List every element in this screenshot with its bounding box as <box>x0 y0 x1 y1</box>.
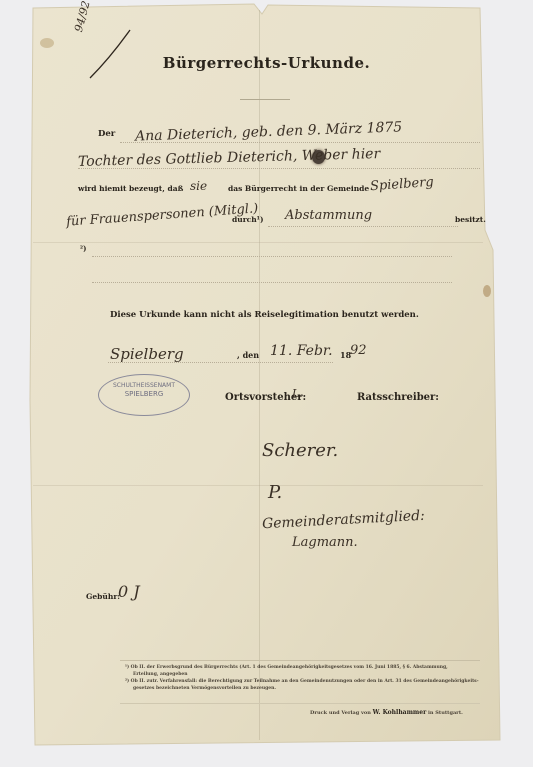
age-stain <box>483 285 491 297</box>
fee-value: 0 J <box>118 582 140 601</box>
certificate-document: 94/92 Bürgerrechts-Urkunde. Der Ana Diet… <box>0 0 533 767</box>
footnote-line: Erteilung, angegeben <box>133 672 187 677</box>
line1-prefix: Der <box>98 129 115 139</box>
handwritten-subject: sie <box>190 179 207 193</box>
travel-notice: Diese Urkunde kann nicht als Reiselegiti… <box>110 310 419 320</box>
fill-line <box>108 362 333 363</box>
footnote-marker-2: ²) <box>80 244 86 253</box>
printer-line: Druck und Verlag von W. Kohlhammer in St… <box>310 709 463 716</box>
den-label: , den <box>237 350 259 360</box>
municipal-stamp: SCHULTHEISSENAMT SPIELBERG <box>98 374 190 416</box>
fill-line <box>92 256 452 257</box>
line3-text-b: das Bürgerrecht in der Gemeinde <box>228 184 369 193</box>
fill-line <box>92 282 452 283</box>
footnote-divider <box>120 660 480 661</box>
title-divider <box>240 99 290 100</box>
stamp-line2: SPIELBERG <box>99 390 189 399</box>
mayor-mark: L. <box>292 387 303 400</box>
document-title: Bürgerrechts-Urkunde. <box>0 54 533 72</box>
printer-divider <box>120 703 480 704</box>
horizontal-fold-line <box>33 242 483 243</box>
handwritten-acquisition: Abstammung <box>285 208 372 223</box>
printer-suffix: in Stuttgart. <box>428 710 463 716</box>
handwritten-date: 11. Febr. <box>270 343 333 359</box>
horizontal-fold-line <box>33 485 483 486</box>
footnote-line: gesetzes bezeichneten Vermögensvorteilen… <box>133 686 276 691</box>
fee-label: Gebühr: <box>86 592 120 601</box>
vertical-fold-line <box>259 10 260 740</box>
signature-2-initial: P. <box>268 482 282 503</box>
line3-text-a: wird hiemit bezeugt, daß <box>78 184 183 193</box>
footnote-line: ²) Ob II. zutr. Verfahrensfall: die Bere… <box>125 679 479 684</box>
footnote-line: ¹) Ob II. der Erwerbsgrund des Bürgerrec… <box>125 665 448 670</box>
fill-line <box>268 226 458 227</box>
printer-prefix: Druck und Verlag von <box>310 710 371 716</box>
signature-1: Scherer. <box>262 440 338 461</box>
paper-sheet <box>0 0 533 767</box>
line4-via: durch¹) <box>232 215 264 224</box>
clerk-label: Ratsschreiber: <box>357 392 439 403</box>
printer-name: W. Kohlhammer <box>373 709 427 716</box>
signature-4: Lagmann. <box>292 535 358 550</box>
line4-end: besitzt. <box>455 215 486 224</box>
year-suffix: 92 <box>350 343 367 358</box>
handwritten-place: Spielberg <box>110 345 184 363</box>
stamp-line1: SCHULTHEISSENAMT <box>99 381 189 390</box>
age-stain <box>40 38 54 48</box>
